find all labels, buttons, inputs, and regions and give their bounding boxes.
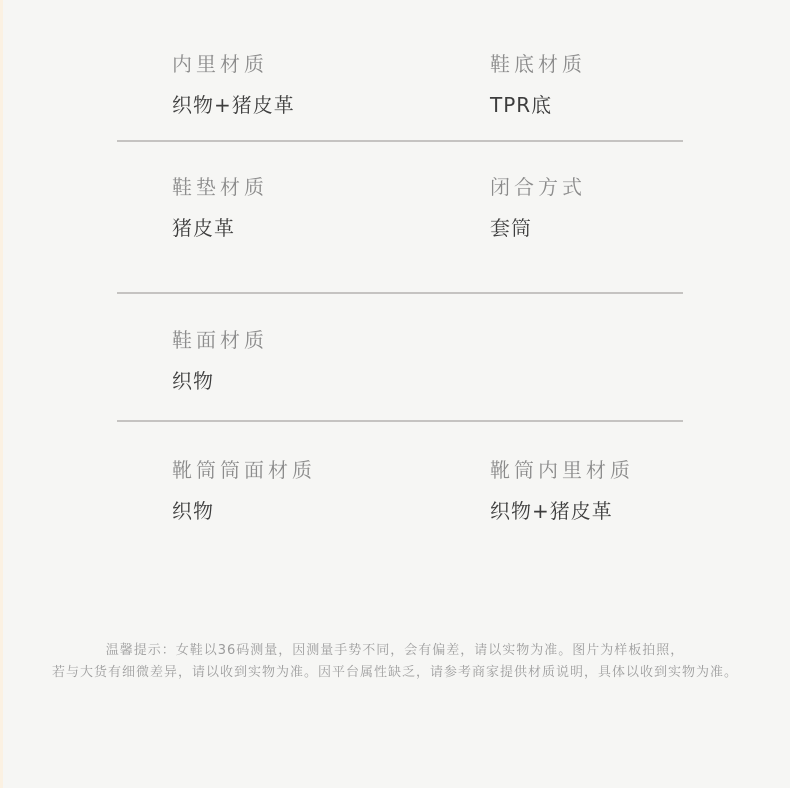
disclaimer-line-1: 温馨提示：女鞋以36码测量，因测量手势不同，会有偏差，请以实物为准。图片为样板拍…	[0, 640, 790, 662]
spec-value: 织物	[172, 497, 316, 525]
spec-label: 鞋面材质	[172, 327, 268, 353]
spec-item-sole-material: 鞋底材质 TPR底	[490, 51, 586, 119]
spec-item-upper-material: 鞋面材质 织物	[172, 327, 268, 395]
spec-item-closure-type: 闭合方式 套筒	[490, 174, 586, 242]
spec-item-lining-material: 内里材质 织物+猪皮革	[172, 51, 295, 119]
spec-value: 套筒	[490, 214, 586, 242]
product-spec-page: 内里材质 织物+猪皮革 鞋底材质 TPR底 鞋垫材质 猪皮革 闭合方式 套筒 鞋…	[0, 0, 790, 788]
spec-item-shaft-surface-material: 靴筒筒面材质 织物	[172, 457, 316, 525]
spec-label: 内里材质	[172, 51, 295, 77]
spec-value: 猪皮革	[172, 214, 268, 242]
section-divider	[117, 292, 683, 294]
spec-item-shaft-lining-material: 靴筒内里材质 织物+猪皮革	[490, 457, 634, 525]
spec-label: 鞋垫材质	[172, 174, 268, 200]
spec-label: 靴筒内里材质	[490, 457, 634, 483]
section-divider	[117, 420, 683, 422]
spec-value: TPR底	[490, 91, 586, 119]
spec-label: 靴筒筒面材质	[172, 457, 316, 483]
section-divider	[117, 140, 683, 142]
spec-value: 织物	[172, 367, 268, 395]
spec-label: 鞋底材质	[490, 51, 586, 77]
disclaimer-note: 温馨提示：女鞋以36码测量，因测量手势不同，会有偏差，请以实物为准。图片为样板拍…	[0, 640, 790, 684]
spec-value: 织物+猪皮革	[490, 497, 634, 525]
spec-label: 闭合方式	[490, 174, 586, 200]
disclaimer-line-2: 若与大货有细微差异，请以收到实物为准。因平台属性缺乏，请参考商家提供材质说明，具…	[0, 662, 790, 684]
spec-value: 织物+猪皮革	[172, 91, 295, 119]
spec-item-insole-material: 鞋垫材质 猪皮革	[172, 174, 268, 242]
